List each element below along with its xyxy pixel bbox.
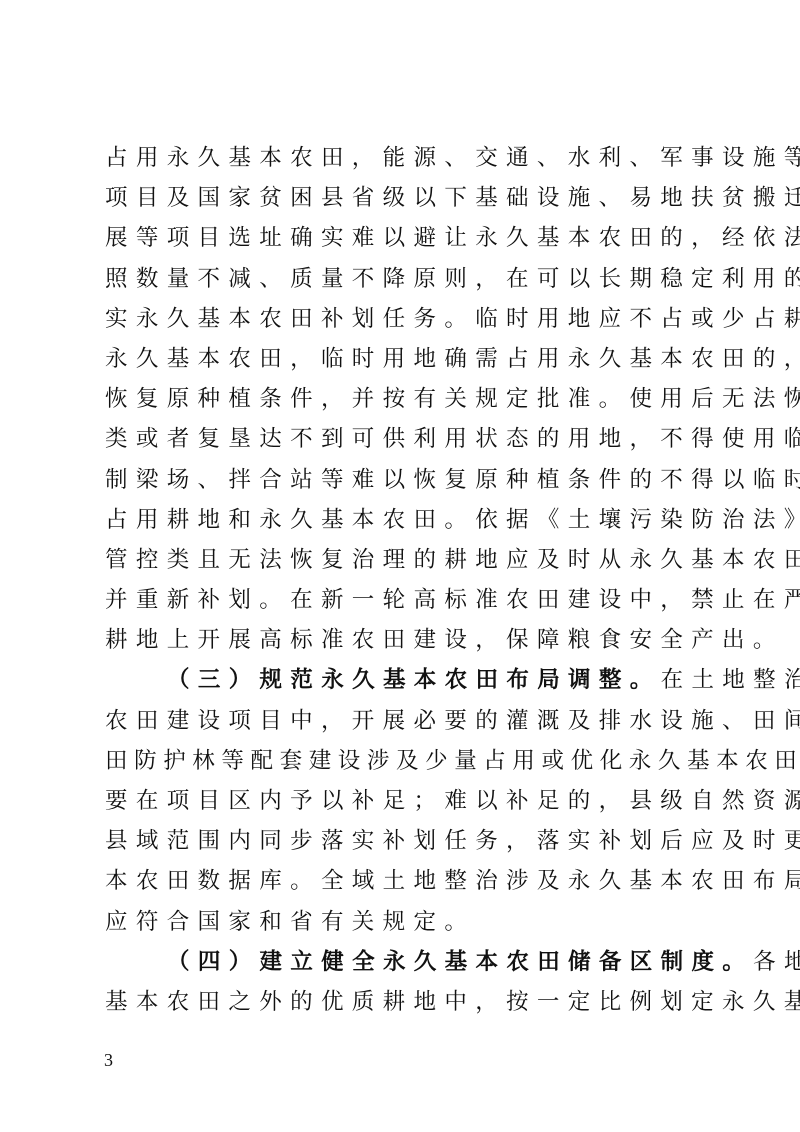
section-4-heading: （四）建立健全永久基本农田储备区制度。 bbox=[167, 949, 753, 975]
section-4-first-line: （四）建立健全永久基本农田储备区制度。各地要在永久 bbox=[105, 942, 700, 982]
text-line: 类或者复垦达不到可供利用状态的用地，不得使用临时用地， bbox=[105, 419, 700, 459]
text-line: 县域范围内同步落实补划任务，落实补划后应及时更新永久基 bbox=[105, 821, 700, 861]
text-line: 耕地上开展高标准农田建设，保障粮食安全产出。 bbox=[105, 620, 700, 660]
text-line: 占用耕地和永久基本农田。依据《土壤污染防治法》列入严格 bbox=[105, 500, 700, 540]
text-line: 项目及国家贫困县省级以下基础设施、易地扶贫搬迁、民生发 bbox=[105, 178, 700, 218]
section-3-text: 在土地整治和高标准 bbox=[661, 667, 800, 693]
text-line: 制梁场、拌合站等难以恢复原种植条件的不得以临时用地方式 bbox=[105, 460, 700, 500]
section-3-first-line: （三）规范永久基本农田布局调整。在土地整治和高标准 bbox=[105, 660, 700, 700]
body-text: 占用永久基本农田，能源、交通、水利、军事设施等重大建设 项目及国家贫困县省级以下… bbox=[105, 138, 700, 1022]
text-line: 应符合国家和省有关规定。 bbox=[105, 902, 700, 942]
text-line: 并重新补划。在新一轮高标准农田建设中，禁止在严格管控类 bbox=[105, 580, 700, 620]
text-line: 管控类且无法恢复治理的耕地应及时从永久基本农田中调出， bbox=[105, 540, 700, 580]
text-line: 照数量不减、质量不降原则，在可以长期稳定利用的耕地上落 bbox=[105, 259, 700, 299]
section-4-text: 各地要在永久 bbox=[753, 949, 800, 975]
text-line: 农田建设项目中，开展必要的灌溉及排水设施、田间道路、农 bbox=[105, 701, 700, 741]
page-number: 3 bbox=[104, 1050, 113, 1071]
text-line: 恢复原种植条件，并按有关规定批准。使用后无法恢复到原地 bbox=[105, 379, 700, 419]
section-3-heading: （三）规范永久基本农田布局调整。 bbox=[167, 667, 661, 693]
text-line: 田防护林等配套建设涉及少量占用或优化永久基本农田布局的， bbox=[105, 741, 700, 781]
text-line: 本农田数据库。全域土地整治涉及永久基本农田布局调整的， bbox=[105, 861, 700, 901]
text-line: 要在项目区内予以补足；难以补足的，县级自然资源部门要在 bbox=[105, 781, 700, 821]
text-line: 展等项目选址确实难以避让永久基本农田的，经依法批准，按 bbox=[105, 218, 700, 258]
text-line: 基本农田之外的优质耕地中，按一定比例划定永久基本农田储 bbox=[105, 982, 700, 1022]
text-line: 永久基本农田，临时用地确需占用永久基本农田的，必须能够 bbox=[105, 339, 700, 379]
text-line: 占用永久基本农田，能源、交通、水利、军事设施等重大建设 bbox=[105, 138, 700, 178]
document-page: 占用永久基本农田，能源、交通、水利、军事设施等重大建设 项目及国家贫困县省级以下… bbox=[0, 0, 800, 1132]
text-line: 实永久基本农田补划任务。临时用地应不占或少占耕地特别是 bbox=[105, 299, 700, 339]
